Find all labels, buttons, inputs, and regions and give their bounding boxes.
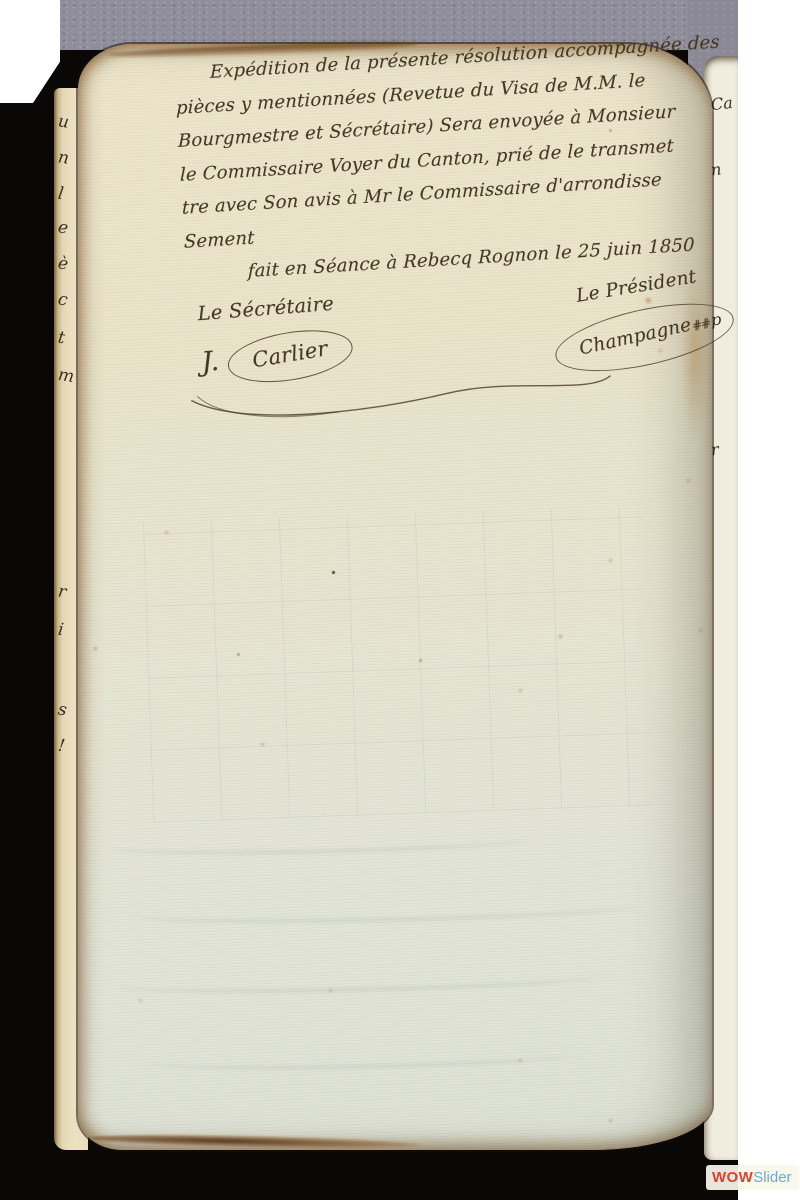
text-fragment: e (57, 217, 70, 238)
text-fragment: t (57, 328, 67, 349)
text-fragment: c (57, 289, 69, 310)
ink-bleedthrough-grid (143, 505, 653, 822)
wowslider-watermark-link[interactable]: WOW Slider (706, 1165, 799, 1190)
manuscript-page: Expédition de la présente résolution acc… (78, 44, 712, 1150)
wowslider-brand-bold: WOW (712, 1169, 753, 1186)
text-fragment: ! (57, 736, 67, 757)
wowslider-brand-light: Slider (753, 1169, 791, 1186)
text-fragment: n (57, 147, 71, 168)
secretary-title: Le Sécrétaire (196, 285, 350, 330)
secretary-signature: J. Carlier (200, 327, 355, 386)
text-fragment: i (57, 620, 65, 641)
foxing-spots (78, 44, 79, 45)
text-fragment: s (57, 699, 68, 720)
handwriting-block: Expédition de la présente résolution acc… (173, 26, 732, 391)
signature-initial: J. (200, 344, 220, 379)
text-fragment: m (57, 365, 76, 387)
signature-name-oval: Carlier (224, 321, 356, 388)
photo-corner-gap (0, 0, 60, 103)
text-fragment: r (57, 582, 68, 603)
text-fragment: u (57, 111, 71, 132)
manuscript-photo: u n l e è c t m r i s ! Ca n p r Expédit… (0, 0, 738, 1200)
text-fragment: è (57, 253, 70, 274)
signature-president: Le Président Champagne⋕⋕ (543, 255, 738, 378)
text-fragment: l (57, 184, 65, 205)
signature-secretary: Le Sécrétaire J. Carlier (186, 285, 354, 392)
signature-paraph: ⋕⋕ (689, 314, 710, 332)
president-name: Champagne (577, 313, 693, 358)
